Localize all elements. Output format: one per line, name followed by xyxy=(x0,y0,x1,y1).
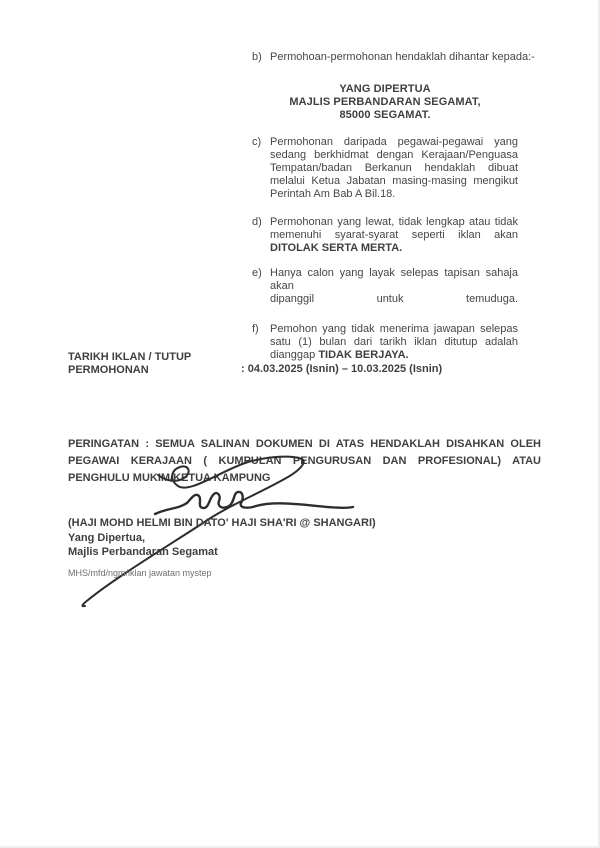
note-text-e-line2: dipanggil untuk temuduga. xyxy=(270,293,518,306)
note-text-e-line1: Hanya calon yang layak selepas tapisan s… xyxy=(270,267,518,293)
scanned-letter-page: b) Permohoan-permohonan hendaklah dihant… xyxy=(0,0,600,848)
note-item-e: e) Hanya calon yang layak selepas tapisa… xyxy=(252,267,518,306)
signatory-name: (HAJI MOHD HELMI BIN DATO' HAJI SHA'RI @… xyxy=(68,516,376,531)
advert-dates-label: TARIKH IKLAN / TUTUP PERMOHONAN xyxy=(68,351,191,377)
signatory-block: (HAJI MOHD HELMI BIN DATO' HAJI SHA'RI @… xyxy=(68,516,376,560)
address-line-3: 85000 SEGAMAT. xyxy=(252,109,518,122)
advert-dates-value: : 04.03.2025 (Isnin) – 10.03.2025 (Isnin… xyxy=(241,363,442,375)
note-text-b: Permohoan-permohonan hendaklah dihantar … xyxy=(270,51,535,63)
note-text-d-bold: DITOLAK SERTA MERTA. xyxy=(270,242,402,254)
note-label-b: b) xyxy=(252,51,262,64)
signatory-title: Yang Dipertua, xyxy=(68,531,376,546)
note-item-f: f) Pemohon yang tidak menerima jawapan s… xyxy=(252,323,518,362)
note-label-c: c) xyxy=(252,136,261,149)
note-label-f: f) xyxy=(252,323,259,336)
advert-dates-label-line1: TARIKH IKLAN / TUTUP xyxy=(68,351,191,364)
reminder-paragraph: PERINGATAN : SEMUA SALINAN DOKUMEN DI AT… xyxy=(68,436,541,487)
note-item-d: d) Permohonan yang lewat, tidak lengkap … xyxy=(252,216,518,255)
note-item-b: b) Permohoan-permohonan hendaklah dihant… xyxy=(252,51,518,64)
notes-section: b) Permohoan-permohonan hendaklah dihant… xyxy=(252,51,518,362)
note-label-e: e) xyxy=(252,267,262,280)
file-reference-line: MHS/mfd/ngm/iklan jawatan mystep xyxy=(68,568,212,578)
signatory-organization: Majlis Perbandaran Segamat xyxy=(68,545,376,560)
advert-dates-label-line2: PERMOHONAN xyxy=(68,364,191,377)
note-item-c: c) Permohonan daripada pegawai-pegawai y… xyxy=(252,136,518,201)
note-text-c: Permohonan daripada pegawai-pegawai yang… xyxy=(270,136,518,200)
note-label-d: d) xyxy=(252,216,262,229)
address-line-2: MAJLIS PERBANDARAN SEGAMAT, xyxy=(252,96,518,109)
address-line-1: YANG DIPERTUA xyxy=(252,83,518,96)
note-text-d: Permohonan yang lewat, tidak lengkap ata… xyxy=(270,216,518,241)
mailing-address: YANG DIPERTUA MAJLIS PERBANDARAN SEGAMAT… xyxy=(252,83,518,122)
note-text-f-bold: TIDAK BERJAYA. xyxy=(318,349,408,361)
